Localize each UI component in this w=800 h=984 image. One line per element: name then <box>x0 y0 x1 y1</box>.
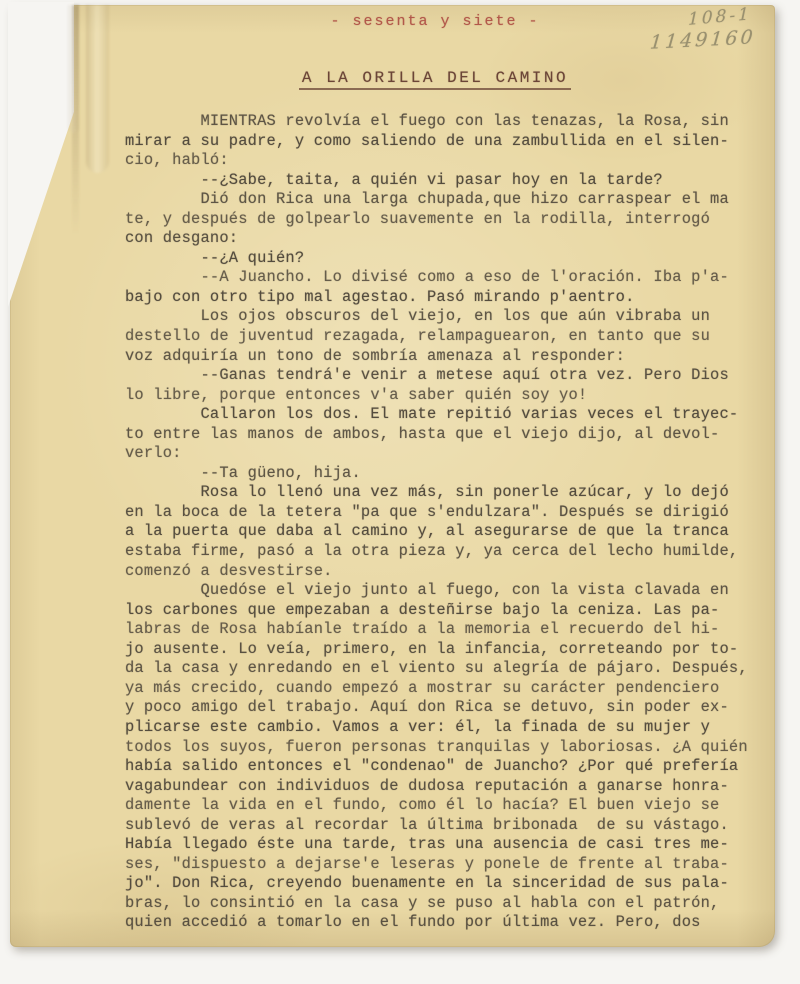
text-line: voz adquiría un tono de sombría amenaza … <box>125 347 760 367</box>
text-line: plicarse este cambio. Vamos a ver: él, l… <box>125 718 760 738</box>
text-line: bajo con otro tipo mal agestao. Pasó mir… <box>125 288 760 308</box>
text-line: --A Juancho. Lo divisé como a eso de l'o… <box>125 268 760 288</box>
text-line: bras, lo consintió en la casa y se puso … <box>125 894 760 914</box>
text-line: vagabundear con individuos de dudosa rep… <box>125 777 760 797</box>
text-line: jo ausente. Lo veía, primero, en la infa… <box>125 640 760 660</box>
text-line: destello de juventud rezagada, relampagu… <box>125 327 760 347</box>
text-line: --¿Sabe, taita, a quién vi pasar hoy en … <box>125 171 760 191</box>
text-line: ses, "dispuesto a dejarse'e leseras y po… <box>125 855 760 875</box>
text-line: verlo: <box>125 444 760 464</box>
text-line: todos los suyos, fueron personas tranqui… <box>125 738 760 758</box>
text-line: los carbones que empezaban a desteñirse … <box>125 601 760 621</box>
handwritten-annotations: 108-1 1149160 <box>10 5 775 75</box>
text-line: quien accedió a tomarlo en el fundo por … <box>125 913 760 933</box>
text-line: estaba firme, pasó a la otra pieza y, ya… <box>125 542 760 562</box>
text-line: Había llegado éste una tarde, tras una a… <box>125 835 760 855</box>
text-line: sublevó de veras al recordar la última b… <box>125 816 760 836</box>
text-line: --¿A quién? <box>125 249 760 269</box>
text-line: labras de Rosa habíanle traído a la memo… <box>125 620 760 640</box>
text-line: --Ganas tendrá'e venir a metese aquí otr… <box>125 366 760 386</box>
text-line: con desgano: <box>125 229 760 249</box>
text-line: cio, habló: <box>125 151 760 171</box>
text-line: Callaron los dos. El mate repitió varias… <box>125 405 760 425</box>
manuscript-page: - sesenta y siete - 108-1 1149160 A LA O… <box>10 5 775 947</box>
text-line: lo libre, porque entonces v'a saber quié… <box>125 386 760 406</box>
text-line: ya más crecido, cuando empezó a mostrar … <box>125 679 760 699</box>
text-line: --Ta güeno, hija. <box>125 464 760 484</box>
text-line: a la puerta que daba al camino y, al ase… <box>125 522 760 542</box>
text-line: da la casa y enredando en el viento su a… <box>125 659 760 679</box>
text-line: y poco amigo del trabajo. Aquí don Rica … <box>125 698 760 718</box>
text-line: jo". Don Rica, creyendo buenamente en la… <box>125 874 760 894</box>
text-line: te, y después de golpearlo suavemente en… <box>125 210 760 230</box>
text-line: damente la vida en el fundo, como él lo … <box>125 796 760 816</box>
text-line: Los ojos obscuros del viejo, en los que … <box>125 307 760 327</box>
text-line: Quedóse el viejo junto al fuego, con la … <box>125 581 760 601</box>
text-line: MIENTRAS revolvía el fuego con las tenaz… <box>125 112 760 132</box>
text-line: Rosa lo llenó una vez más, sin ponerle a… <box>125 483 760 503</box>
text-line: Dió don Rica una larga chupada,que hizo … <box>125 190 760 210</box>
text-line: había salido entonces el "condenao" de J… <box>125 757 760 777</box>
handwritten-catalog-number: 1149160 <box>649 26 756 54</box>
scanned-document: - sesenta y siete - 108-1 1149160 A LA O… <box>0 0 800 984</box>
story-title: A LA ORILLA DEL CAMINO <box>299 69 571 90</box>
text-line: to entre las manos de ambos, hasta que e… <box>125 425 760 445</box>
typewritten-body: MIENTRAS revolvía el fuego con las tenaz… <box>125 112 760 933</box>
text-line: comenzó a desvestirse. <box>125 562 760 582</box>
title-row: A LA ORILLA DEL CAMINO <box>125 69 745 90</box>
text-line: en la boca de la tetera "pa que s'endulz… <box>125 503 760 523</box>
text-line: mirar a su padre, y como saliendo de una… <box>125 132 760 152</box>
